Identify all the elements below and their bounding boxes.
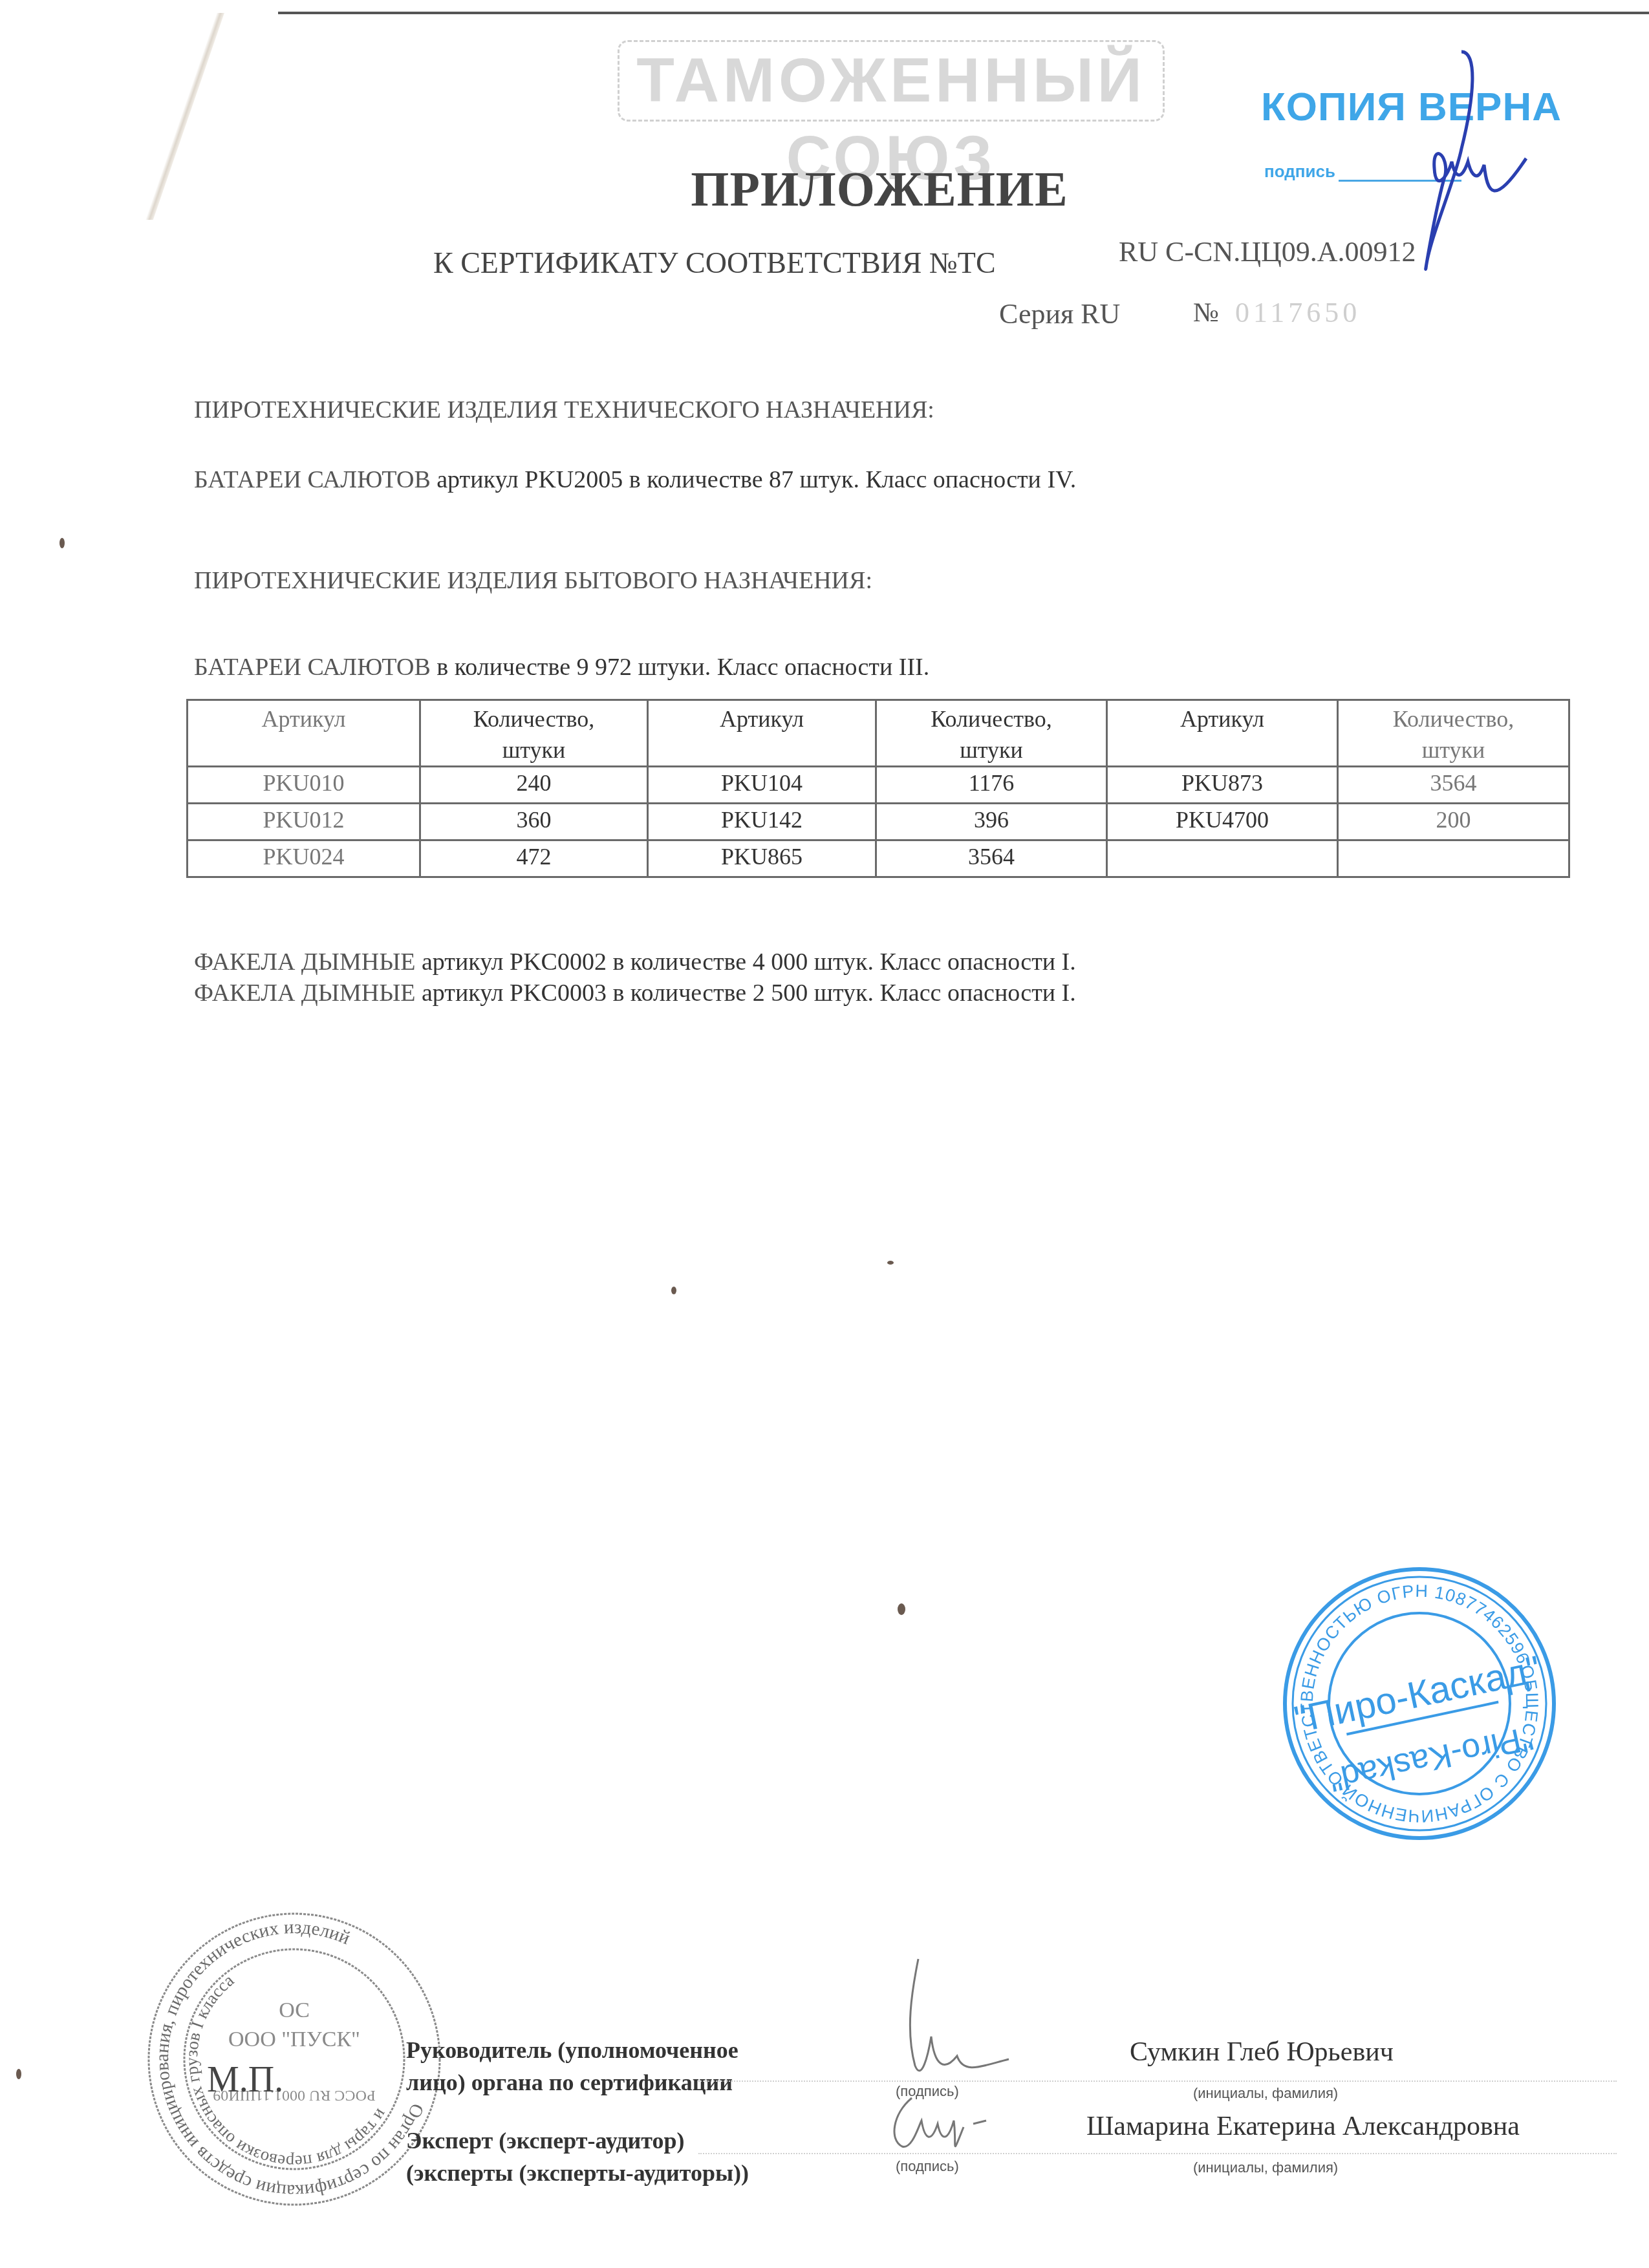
speck (59, 538, 65, 548)
smoke-item: ФАКЕЛА ДЫМНЫЕ артикул PKC0002 в количест… (194, 948, 1076, 976)
header-quantity: Количество,штуки (876, 700, 1107, 767)
customs-union-watermark: ТАМОЖЕННЫЙ СОЮЗ (618, 40, 1165, 122)
certification-body-seal-icon: Орган по сертификации средств инициирова… (142, 1907, 446, 2211)
header-article: Артикул (648, 700, 876, 767)
header-article: Артикул (188, 700, 420, 767)
header-article: Артикул (1107, 700, 1338, 767)
smoke-item-name: ФАКЕЛА ДЫМНЫЕ (194, 979, 415, 1007)
table-cell: 3564 (1338, 767, 1569, 804)
svg-text:ОС: ОС (279, 1998, 310, 2022)
scan-top-edge (278, 12, 1649, 14)
head-name: Сумкин Глеб Юрьевич (1130, 2037, 1394, 2068)
technical-item-details: артикул PKU2005 в количестве 87 штук. Кл… (431, 466, 1076, 493)
table-cell: 396 (876, 804, 1107, 840)
table-cell: 360 (420, 804, 648, 840)
head-label-line1: Руководитель (уполномоченное (406, 2037, 738, 2064)
speck (898, 1603, 905, 1615)
head-label-line2: лицо) органа по сертификации (406, 2069, 733, 2096)
series-number-label: № (1193, 297, 1219, 328)
table-cell: 472 (420, 840, 648, 877)
expert-name: Шамарина Екатерина Александровна (1086, 2111, 1520, 2142)
smoke-item: ФАКЕЛА ДЫМНЫЕ артикул PKC0003 в количест… (194, 979, 1076, 1007)
svg-text:ООО "ПУСК": ООО "ПУСК" (228, 2027, 360, 2051)
expert-label-line1: Эксперт (эксперт-аудитор) (406, 2127, 685, 2154)
header-quantity: Количество,штуки (420, 700, 648, 767)
table-cell: PKU010 (188, 767, 420, 804)
technical-item-name: БАТАРЕИ САЛЮТОВ (194, 466, 431, 493)
table-cell: 200 (1338, 804, 1569, 840)
certificate-number: RU C-CN.ЦЦ09.А.00912 (1119, 235, 1416, 268)
table-row: PKU012 360 PKU142 396 PKU4700 200 (188, 804, 1569, 840)
signature-line (698, 2153, 1617, 2154)
household-item-name: БАТАРЕИ САЛЮТОВ (194, 654, 431, 681)
document-title: ПРИЛОЖЕНИЕ (0, 162, 1649, 218)
series-number: 0117650 (1235, 296, 1361, 329)
table-row: PKU024 472 PKU865 3564 (188, 840, 1569, 877)
smoke-item-details: артикул PKC0003 в количестве 2 500 штук.… (415, 979, 1075, 1007)
table-cell: PKU873 (1107, 767, 1338, 804)
smoke-item-name: ФАКЕЛА ДЫМНЫЕ (194, 948, 415, 976)
expert-initials-caption: (инициалы, фамилия) (1193, 2159, 1338, 2176)
table-cell: PKU142 (648, 804, 876, 840)
household-heading: ПИРОТЕХНИЧЕСКИЕ ИЗДЕЛИЯ БЫТОВОГО НАЗНАЧЕ… (194, 566, 872, 595)
technical-item: БАТАРЕИ САЛЮТОВ артикул PKU2005 в количе… (194, 465, 1076, 494)
table-cell: PKU104 (648, 767, 876, 804)
expert-label-line2: (эксперты (эксперты-аудиторы)) (406, 2159, 749, 2187)
series-label: Серия RU (999, 297, 1120, 330)
certificate-subtitle: К СЕРТИФИКАТУ СООТВЕТСТВИЯ №ТС (433, 246, 996, 280)
seal-place-label: М.П. (207, 2059, 283, 2101)
household-item-details: в количестве 9 972 штуки. Класс опасност… (431, 654, 929, 681)
table-cell (1107, 840, 1338, 877)
table-cell: 1176 (876, 767, 1107, 804)
header-quantity: Количество,штуки (1338, 700, 1569, 767)
speck (671, 1287, 676, 1294)
smoke-item-details: артикул PKC0002 в количестве 4 000 штук.… (415, 948, 1075, 976)
signature-line (698, 2081, 1617, 2082)
table-header-row: Артикул Количество,штуки Артикул Количес… (188, 700, 1569, 767)
table-cell: 240 (420, 767, 648, 804)
table-cell (1338, 840, 1569, 877)
head-initials-caption: (инициалы, фамилия) (1193, 2085, 1338, 2102)
company-seal-icon: ОБЩЕСТВО С ОГРАНИЧЕННОЙ ОТВЕТСТВЕННОСТЬЮ… (1280, 1565, 1558, 1843)
table-row: PKU010 240 PKU104 1176 PKU873 3564 (188, 767, 1569, 804)
table-cell: PKU4700 (1107, 804, 1338, 840)
expert-signature-icon (867, 2095, 1015, 2166)
household-item: БАТАРЕИ САЛЮТОВ в количестве 9 972 штуки… (194, 653, 929, 681)
table-cell: PKU865 (648, 840, 876, 877)
articles-table: Артикул Количество,штуки Артикул Количес… (186, 699, 1570, 878)
speck (887, 1261, 894, 1265)
table-cell: 3564 (876, 840, 1107, 877)
technical-heading: ПИРОТЕХНИЧЕСКИЕ ИЗДЕЛИЯ ТЕХНИЧЕСКОГО НАЗ… (194, 396, 934, 424)
head-signature-icon (867, 1952, 1015, 2095)
table-cell: PKU012 (188, 804, 420, 840)
speck (16, 2069, 21, 2079)
table-cell: PKU024 (188, 840, 420, 877)
